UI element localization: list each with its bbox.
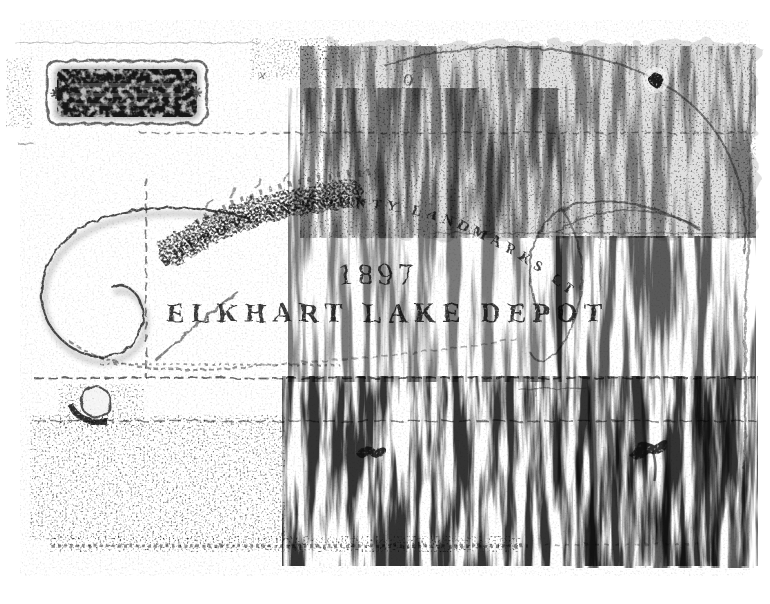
knob-circle: [81, 387, 111, 417]
rubbing-canvas: SHEBOYGAN COUNTY LANDMARKS LTD. 1897 ELK…: [0, 0, 770, 604]
ambient-dust: [20, 20, 750, 576]
rubbing-artwork: SHEBOYGAN COUNTY LANDMARKS LTD. 1897 ELK…: [0, 0, 770, 604]
